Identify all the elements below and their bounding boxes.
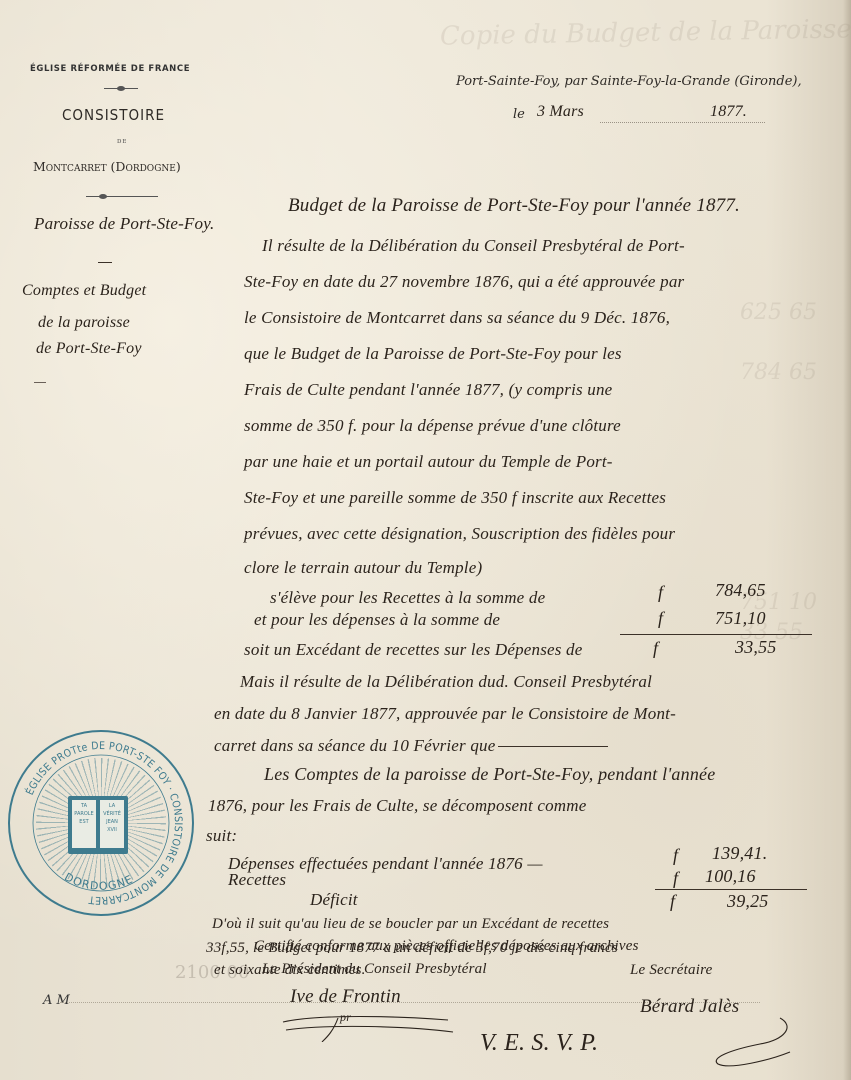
consistory-seal-stamp: ÉGLISE PROTte DE PORT-STE FOY · CONSISTO… <box>8 730 194 916</box>
line-filler <box>498 746 608 747</box>
body-line: carret dans sa séance du 10 Février que <box>214 736 495 756</box>
body-line: Ste-Foy en date du 27 novembre 1876, qui… <box>244 272 684 292</box>
budget-line-amount: 784,65 <box>715 580 766 601</box>
margin-subject-line: de la paroisse <box>38 314 130 332</box>
body-line: en date du 8 Janvier 1877, approuvée par… <box>214 704 676 724</box>
body-line: Il résulte de la Délibération du Conseil… <box>262 236 685 256</box>
account-line-currency: f <box>673 845 678 866</box>
book-left-page: TA PAROLE EST <box>72 800 96 848</box>
recipient-prefix: A M <box>43 993 70 1008</box>
body-line: 1876, pour les Frais de Culte, se décomp… <box>208 796 586 816</box>
budget-line-amount: 33,55 <box>735 637 777 658</box>
letterhead-place: Montcarret (Dordogne) <box>33 159 181 174</box>
body-line: Ste-Foy et une pareille somme de 350 f i… <box>244 488 666 508</box>
svg-text:DORDOGNE: DORDOGNE <box>62 870 135 893</box>
date-dotted-line <box>600 122 765 123</box>
budget-line-amount: 751,10 <box>715 608 766 629</box>
date-prefix: le <box>513 107 525 122</box>
signature-flourish-icon <box>700 1012 800 1072</box>
body-line: somme de 350 f. pour la dépense prévue d… <box>244 416 621 436</box>
secretary-label: Le Secrétaire <box>630 962 712 979</box>
margin-subject-line: Comptes et Budget <box>22 282 146 300</box>
body-line: le Consistoire de Montcarret dans sa séa… <box>244 308 670 328</box>
letterhead-title: CONSISTOIRE <box>62 106 165 124</box>
ornament-divider <box>86 196 158 197</box>
body-line: D'où il suit qu'au lieu de se boucler pa… <box>212 916 609 933</box>
body-line: que le Budget de la Paroisse de Port-Ste… <box>244 344 622 364</box>
account-line-label: Recettes <box>228 870 286 890</box>
body-line: par une haie et un portail autour du Tem… <box>244 452 613 472</box>
president-label: Le Président du Conseil Presbytéral <box>262 961 487 978</box>
budget-line-currency: f <box>653 638 658 659</box>
account-line-amount: 100,16 <box>705 866 756 887</box>
sum-rule <box>620 634 812 635</box>
account-line-amount: 39,25 <box>727 891 769 912</box>
account-line-currency: f <box>670 891 675 912</box>
date-day-month: 3 Mars <box>537 103 584 121</box>
date-year: 1877. <box>710 103 747 121</box>
account-line-currency: f <box>673 868 678 889</box>
margin-parish: Paroisse de Port-Ste-Foy. <box>34 214 214 234</box>
certification-line: Certifié conforme aux pièces officielles… <box>254 938 639 955</box>
page-edge <box>843 0 851 1080</box>
budget-line-label: et pour les dépenses à la somme de <box>254 610 500 630</box>
initials-mark: V. E. S. V. P. <box>480 1030 598 1057</box>
budget-line-label: soit un Excédant de recettes sur les Dép… <box>244 640 583 660</box>
body-line: Frais de Culte pendant l'année 1877, (y … <box>244 380 612 400</box>
budget-line-label: s'élève pour les Recettes à la somme de <box>270 588 545 608</box>
signature-flourish-icon <box>278 1012 458 1042</box>
document-page: Copie du Budget de la Paroisse 625 65 78… <box>0 0 851 1080</box>
margin-dash <box>98 262 112 263</box>
budget-title: Budget de la Paroisse de Port-Ste-Foy po… <box>288 195 740 217</box>
body-line: prévues, avec cette désignation, Souscri… <box>244 524 675 544</box>
body-line: clore le terrain autour du Temple) <box>244 558 482 578</box>
letterhead-church: ÉGLISE RÉFORMÉE DE FRANCE <box>30 64 190 74</box>
book-right-page: LA VÉRITÉ JEAN XVII <box>100 800 124 848</box>
margin-dash <box>34 382 46 383</box>
bleed-through-number: 784 65 <box>740 360 817 385</box>
account-line-amount: 139,41. <box>712 843 767 864</box>
bleed-through-text: Copie du Budget de la Paroisse <box>440 14 851 51</box>
open-bible-icon: TA PAROLE EST LA VÉRITÉ JEAN XVII <box>68 796 128 854</box>
body-line: Les Comptes de la paroisse de Port-Ste-F… <box>264 764 715 785</box>
sum-rule <box>655 889 807 890</box>
body-line: suit: <box>206 826 237 846</box>
body-line: Mais il résulte de la Délibération dud. … <box>240 672 652 692</box>
budget-line-currency: f <box>658 582 663 603</box>
ornament-divider <box>104 88 138 89</box>
letterhead-address: Port-Sainte-Foy, par Sainte-Foy-la-Grand… <box>456 74 802 89</box>
account-line-label: Déficit <box>310 890 358 910</box>
bleed-through-number: 625 65 <box>740 300 817 325</box>
letterhead-de: DE <box>117 139 127 145</box>
president-signature: Ive de Frontin <box>290 986 401 1008</box>
margin-subject-line: de Port-Ste-Foy <box>36 340 142 358</box>
budget-line-currency: f <box>658 608 663 629</box>
